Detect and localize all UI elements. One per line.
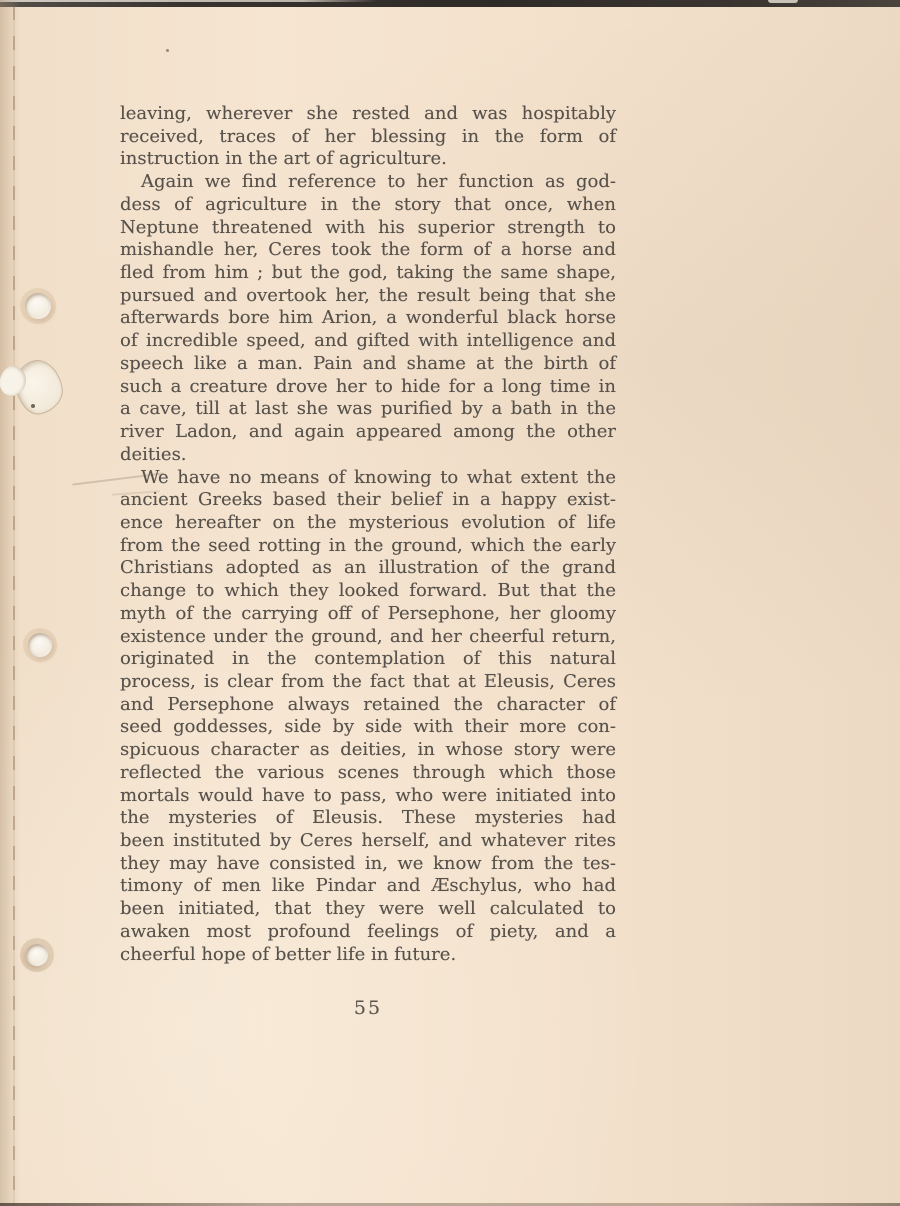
text-line: change to which they looked forward. But… — [120, 580, 616, 603]
text-line: spicuous character as deities, in whose … — [120, 739, 616, 762]
text-line: seed goddesses, side by side with their … — [120, 716, 616, 739]
text-line: Christians adopted as an illustration of… — [120, 557, 616, 580]
text-line: river Ladon, and again appeared among th… — [120, 421, 616, 444]
text-line: speech like a man. Pain and shame at the… — [120, 353, 616, 376]
text-line: such a creature drove her to hide for a … — [120, 376, 616, 399]
text-line: instruction in the art of agriculture. — [120, 148, 616, 171]
text-line: fled from him ; but the god, taking the … — [120, 262, 616, 285]
text-line: been initiated, that they were well calc… — [120, 898, 616, 921]
scan-top-edge — [0, 0, 900, 7]
text-line: Again we find reference to her function … — [120, 171, 616, 194]
text-line: cheerful hope of better life in future. — [120, 944, 616, 967]
text-line: dess of agriculture in the story that on… — [120, 194, 616, 217]
text-line: and Persephone always retained the chara… — [120, 694, 616, 717]
text-line: awaken most profound feelings of piety, … — [120, 921, 616, 944]
text-line: myth of the carrying off of Persephone, … — [120, 603, 616, 626]
text-line: leaving, wherever she rested and was hos… — [120, 103, 616, 126]
text-line: from the seed rotting in the ground, whi… — [120, 535, 616, 558]
punch-hole-top — [25, 293, 51, 319]
text-line: process, is clear from the fact that at … — [120, 671, 616, 694]
text-block: leaving, wherever she rested and was hos… — [120, 103, 616, 966]
text-line: been instituted by Ceres herself, and wh… — [120, 830, 616, 853]
punch-hole-bottom — [26, 944, 48, 966]
text-line: We have no means of knowing to what exte… — [120, 467, 616, 490]
speck — [31, 404, 35, 408]
text-line: a cave, till at last she was purified by… — [120, 398, 616, 421]
scan-top-sliver — [0, 0, 378, 2]
page-number: 55 — [120, 997, 616, 1019]
text-line: existence under the ground, and her chee… — [120, 626, 616, 649]
text-line: received, traces of her blessing in the … — [120, 126, 616, 149]
text-line: Neptune threatened with his superior str… — [120, 217, 616, 240]
text-line: the mysteries of Eleusis. These mysterie… — [120, 807, 616, 830]
scanned-book-page: leaving, wherever she rested and was hos… — [0, 0, 900, 1206]
torn-punch-hole — [6, 352, 68, 422]
crease-line — [13, 6, 15, 1206]
speck — [166, 49, 169, 52]
text-line: mishandle her, Ceres took the form of a … — [120, 239, 616, 262]
text-line: deities. — [120, 444, 616, 467]
text-line: afterwards bore him Arion, a wonderful b… — [120, 307, 616, 330]
scan-top-notch — [768, 0, 798, 3]
text-line: originated in the contemplation of this … — [120, 648, 616, 671]
text-line: reflected the various scenes through whi… — [120, 762, 616, 785]
text-line: pursued and overtook her, the result bei… — [120, 285, 616, 308]
text-line: ancient Greeks based their belief in a h… — [120, 489, 616, 512]
text-line: they may have consisted in, we know from… — [120, 853, 616, 876]
binding-edge — [0, 0, 20, 1206]
text-line: timony of men like Pindar and Æschylus, … — [120, 875, 616, 898]
text-line: mortals would have to pass, who were ini… — [120, 785, 616, 808]
punch-hole-middle — [28, 633, 52, 657]
text-line: of incredible speed, and gifted with int… — [120, 330, 616, 353]
text-line: ence hereafter on the mysterious evoluti… — [120, 512, 616, 535]
